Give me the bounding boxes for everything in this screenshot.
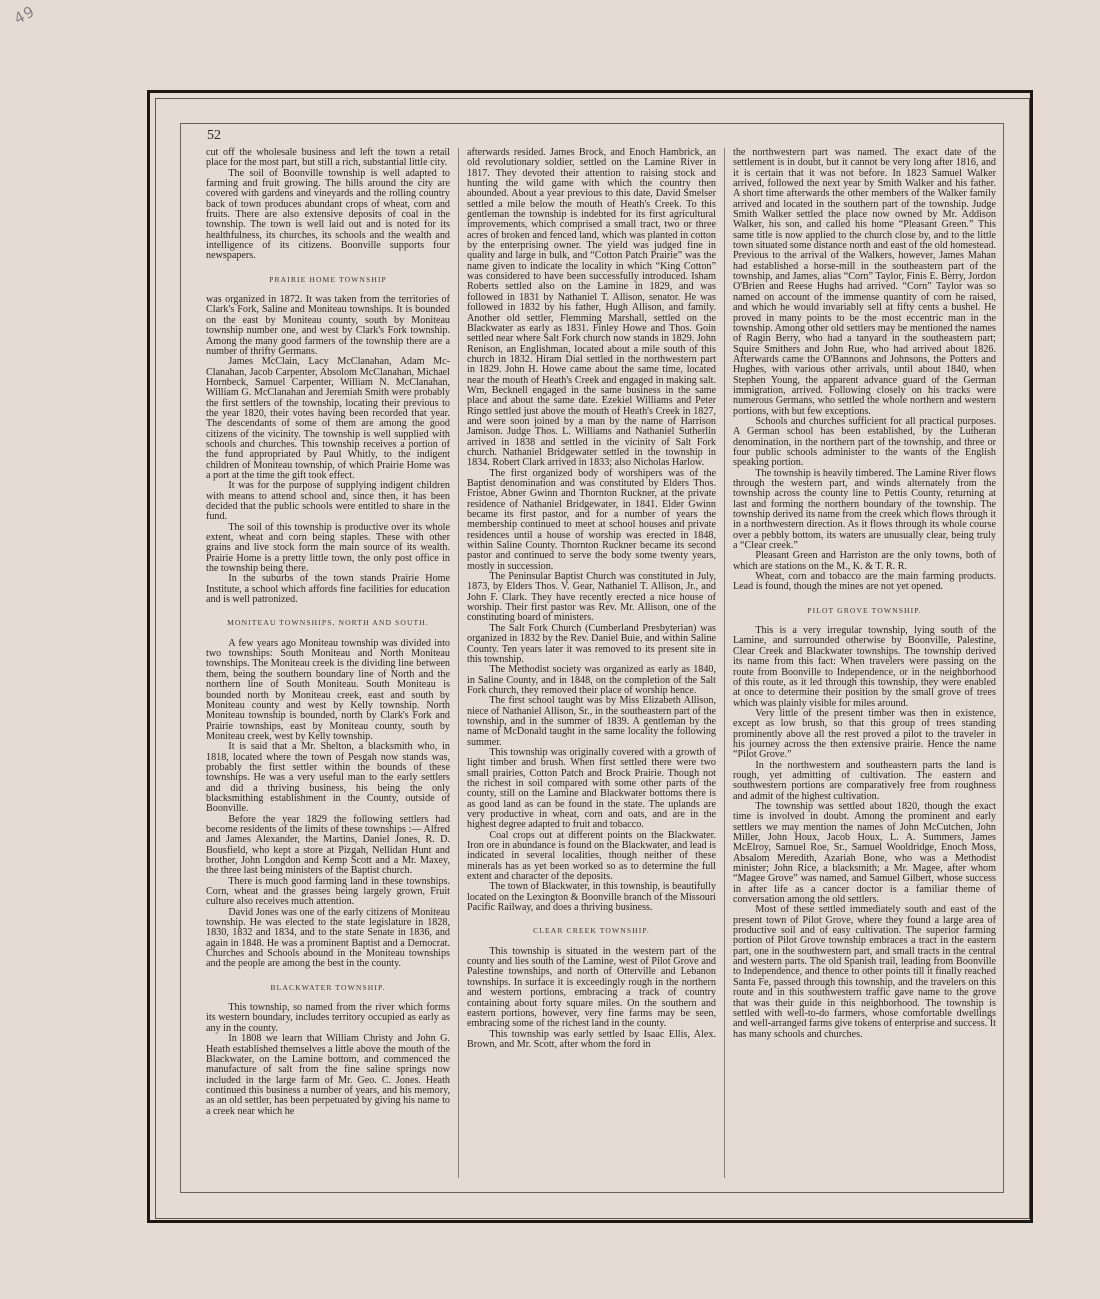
paragraph: The first school taught was by Miss Eliz…	[467, 696, 716, 748]
column-3: the northwestern part was named. The exa…	[725, 148, 996, 1178]
paragraph: It was for the purpose of supplying indi…	[206, 481, 450, 522]
paragraph: This township was early settled by Isaac…	[467, 1030, 716, 1051]
paragraph: The township was settled about 1820, tho…	[733, 802, 996, 905]
paragraph: A few years ago Moniteau township was di…	[206, 639, 450, 742]
paragraph: cut off the wholesale business and left …	[206, 148, 450, 169]
paragraph: The soil of this township is productive …	[206, 523, 450, 575]
paragraph: was organized in 1872. It was taken from…	[206, 295, 450, 357]
paragraph: The soil of Boonville township is well a…	[206, 169, 450, 262]
paragraph: Pleasant Green and Harriston are the onl…	[733, 551, 996, 572]
section-heading: Moniteau Townships, North and South.	[206, 618, 450, 628]
paragraph: Very little of the present timber was th…	[733, 709, 996, 761]
paragraph: afterwards resided. James Brock, and Eno…	[467, 148, 716, 469]
paragraph: The first organized body of worshipers w…	[467, 469, 716, 572]
paragraph: This township, so named from the river w…	[206, 1003, 450, 1034]
paragraph: This is a very irregular township, lying…	[733, 626, 996, 709]
column-1: cut off the wholesale business and left …	[206, 148, 458, 1178]
paragraph: Most of these settled immediately south …	[733, 905, 996, 1039]
margin-note: 49	[11, 2, 38, 28]
section-heading: Prairie Home Township	[206, 275, 450, 285]
paragraph: This township is situated in the western…	[467, 947, 716, 1030]
paragraph: Schools and churches sufficient for all …	[733, 417, 996, 469]
text-columns: cut off the wholesale business and left …	[206, 148, 996, 1178]
page-number: 52	[207, 128, 221, 144]
paragraph: Before the year 1829 the following settl…	[206, 815, 450, 877]
paragraph: Coal crops out at different points on th…	[467, 831, 716, 883]
section-heading: Pilot Grove Township.	[733, 606, 996, 616]
paragraph: This township was originally covered wit…	[467, 748, 716, 831]
paragraph: It is said that a Mr. Shelton, a blacksm…	[206, 742, 450, 814]
paragraph: David Jones was one of the early citizen…	[206, 908, 450, 970]
paragraph: In the suburbs of the town stands Prairi…	[206, 574, 450, 605]
paragraph: There is much good farming land in these…	[206, 877, 450, 908]
section-heading: Blackwater Township.	[206, 983, 450, 993]
paragraph: In the northwestern and southeastern par…	[733, 761, 996, 802]
paragraph: The Peninsular Baptist Church was consti…	[467, 572, 716, 624]
paragraph: the northwestern part was named. The exa…	[733, 148, 996, 417]
paragraph: Wheat, corn and tobacco are the main far…	[733, 572, 996, 593]
paragraph: In 1808 we learn that William Christy an…	[206, 1034, 450, 1117]
paragraph: The Methodist society was organized as e…	[467, 665, 716, 696]
paragraph: James McClain, Lacy McClanahan, Adam Mc­…	[206, 357, 450, 481]
column-2: afterwards resided. James Brock, and Eno…	[458, 148, 725, 1178]
section-heading: Clear Creek Township.	[467, 926, 716, 936]
paragraph: The township is heavily timbered. The La…	[733, 469, 996, 552]
paragraph: The Salt Fork Church (Cumberland Presbyt…	[467, 624, 716, 665]
paragraph: The town of Blackwater, in this township…	[467, 882, 716, 913]
